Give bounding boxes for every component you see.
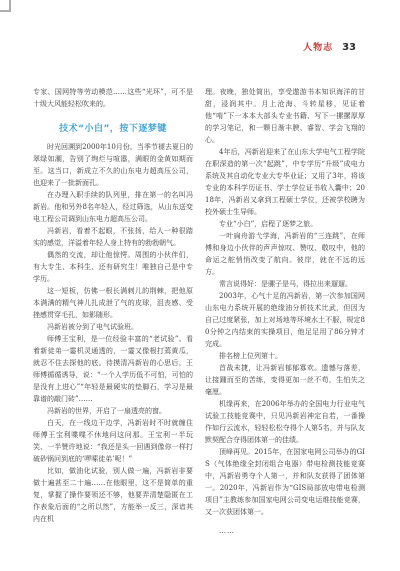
paragraph: 这一短板，仿佛一根长满刺儿的荆棘，把他原本满满的精气神儿扎成泄了气的皮球，沮丧感… (33, 285, 193, 321)
paragraph: 机缘再来，在2006年举办的全国电力行业电气试验工技能竞赛中，只见冯新岩神定自若… (205, 398, 365, 446)
paragraph: 冯新岩被分到了电气试验班。 (33, 321, 193, 333)
paragraph: 比如，做油化试验，别人做一遍，冯新岩非要做十遍甚至二十遍……在他眼里，这不是简单… (33, 465, 193, 525)
paragraph: 排名榜上位列第十。 (205, 350, 365, 362)
page-header: 人物志 33 (303, 40, 356, 53)
paragraph: 首战未捷，让冯新岩郁郁寡欢。遗憾与落差，让接踵而至的苦练，变得更加一丝不苟，生怕… (205, 362, 365, 398)
paragraph: 师傅王宝利，是一位经验丰富的“老试验”。看着新徒弟一霎机灵通透的，一霎又像根打蔫… (33, 333, 193, 405)
right-column: 理。夜晚，独处简出，享受遨游书本知识海洋的甘甜，浸润其中。月上沧海、斗转星移，见… (205, 86, 365, 537)
paragraph: 偶然的交流，却让他惊愕。周围的小伙伴们，有大专生、本科生、还有研究生！唯独自己是… (33, 249, 193, 285)
paragraph: 时光回溯到2000年10月份。当季节褪去夏日的翠绿如潮，告别了绚烂与喧嚣，满眼的… (33, 141, 193, 189)
paragraph: 2003年，心气十足的冯新岩，第一次参加国网山东电力系统开展的绝缘油分析技术比武… (205, 290, 365, 350)
paragraph: 白天，在一线边干边学，冯新岩时不时就缠住师傅王宝利喋喋不休地问这问那。王宝利一半… (33, 417, 193, 465)
paragraph: 专业“小白”，启程了逐梦之旅。 (205, 218, 365, 230)
continuation-ellipsis: …… (205, 525, 365, 537)
magazine-page: 人物志 33 专家、国网特等劳动模范……这些“光环”，可不是十级大风能轻松吹来的… (0, 0, 400, 571)
crop-corner-mark (0, 0, 11, 12)
article-body: 专家、国网特等劳动模范……这些“光环”，可不是十级大风能轻松吹来的。 技术“小白… (33, 86, 365, 537)
paragraph: 常言说得好：是骡子是马，得拉出来遛遛。 (205, 278, 365, 290)
paragraph: 冯新岩，看着不起眼，不张扬，给人一种很踏实的感觉，洋溢着年轻人身上特有的勃勃朝气… (33, 225, 193, 249)
paragraph: 在办理入职手续的队列里，排在第一的名叫冯新岩。他和另外8名年轻人，经过筛选，从山… (33, 189, 193, 225)
paragraph-intro: 专家、国网特等劳动模范……这些“光环”，可不是十级大风能轻松吹来的。 (33, 86, 193, 110)
paragraph: 冯新岩的世界，开启了一扇透亮的窗。 (33, 405, 193, 417)
article-heading: 技术“小白”，按下逐梦键 (33, 121, 193, 134)
page-number: 33 (342, 42, 356, 53)
paragraph: 顶峰再见。2015年，在国家电网公司举办的GIS（气体绝缘全封闭组合电器）带电检… (205, 446, 365, 518)
left-column: 专家、国网特等劳动模范……这些“光环”，可不是十级大风能轻松吹来的。 技术“小白… (33, 86, 193, 537)
paragraph-continuation: 理。夜晚，独处简出，享受遨游书本知识海洋的甘甜，浸润其中。月上沧海、斗转星移，见… (205, 86, 365, 146)
paragraph: 4年后，冯新岩迎来了在山东大学电气工程学院在职深造的第一次“起跳”，中专学历“升… (205, 146, 365, 218)
section-label: 人物志 (303, 40, 333, 53)
paragraph: 一叶扁舟游弋学海，冯新岩的“三连跳”，在师傅和身边小伙伴的声声惊叹、赞叹、敬叹中… (205, 230, 365, 278)
